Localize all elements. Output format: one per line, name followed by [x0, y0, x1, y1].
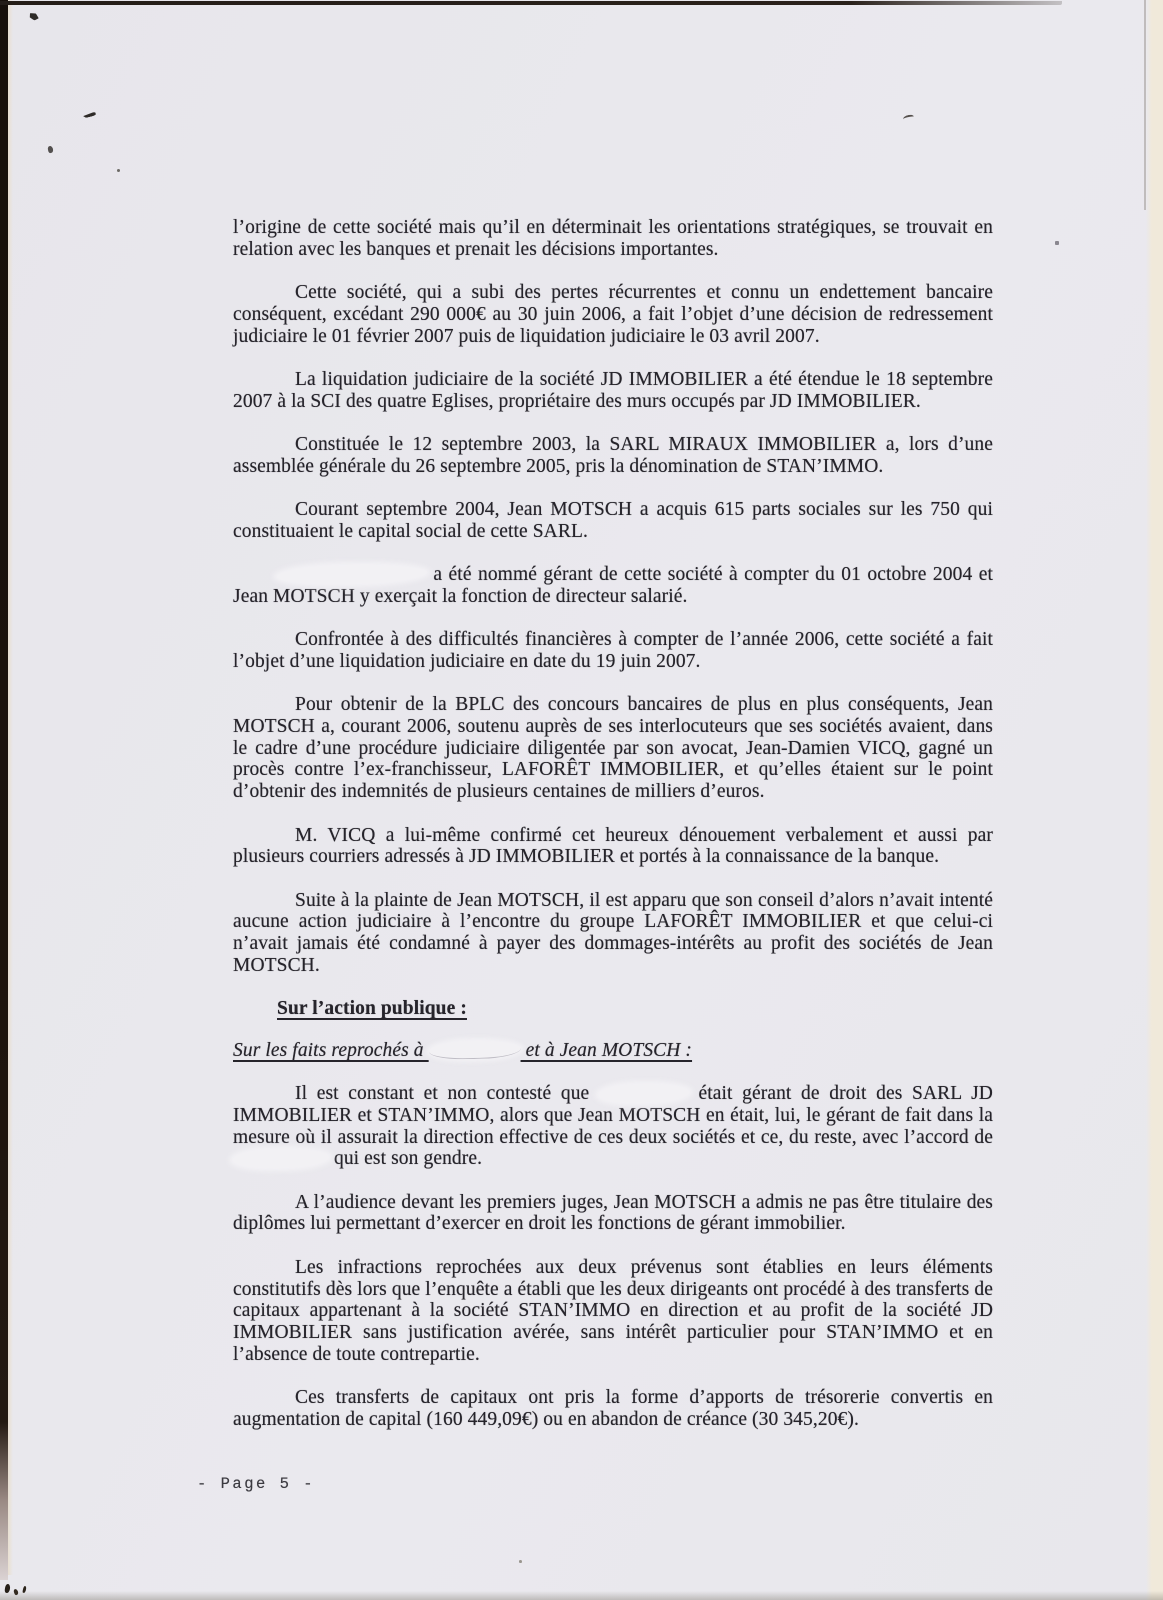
paragraph: M. VICQ a lui-même confirmé cet heureux …: [233, 825, 993, 868]
redaction-whiteout: [277, 565, 427, 585]
text-run: Cette société, qui a subi des pertes réc…: [233, 282, 993, 346]
redaction-whiteout: [233, 1149, 329, 1168]
paragraph: La liquidation judiciaire de la société …: [233, 369, 993, 412]
paragraph: Courant septembre 2004, Jean MOTSCH a ac…: [233, 499, 993, 542]
paragraph: Confrontée à des difficultés financières…: [233, 629, 993, 672]
text-run: Confrontée à des difficultés financières…: [233, 629, 993, 672]
scan-left-edge: [0, 0, 8, 1580]
text-run: Il est constant et non contesté que: [295, 1083, 599, 1104]
paragraph: Pour obtenir de la BPLC des concours ban…: [233, 694, 993, 803]
ink-speck: [28, 11, 40, 21]
text-run: qui est son gendre.: [329, 1148, 482, 1169]
paragraph: A l’audience devant les premiers juges, …: [233, 1192, 993, 1235]
paragraph: Les infractions reprochées aux deux prév…: [233, 1257, 993, 1366]
ink-speck: [1055, 241, 1059, 245]
ink-speck: [83, 111, 97, 118]
text-run: Pour obtenir de la BPLC des concours ban…: [233, 694, 993, 802]
text-run: Courant septembre 2004, Jean MOTSCH a ac…: [233, 499, 993, 542]
scanned-page: { "document": { "kind": "scanned legal j…: [0, 0, 1163, 1600]
scan-fold-line: [1144, 0, 1146, 210]
redaction-whiteout: [428, 1040, 520, 1060]
text-run: A l’audience devant les premiers juges, …: [233, 1192, 993, 1235]
paragraph: a été nommé gérant de cette société à co…: [233, 564, 993, 607]
ink-speck: [519, 1560, 522, 1563]
scan-right-strip: [1146, 0, 1163, 1600]
scan-top-edge: [0, 1, 1062, 5]
ink-speck: [47, 146, 53, 154]
pen-mark: [903, 114, 915, 121]
text-run: Suite à la plainte de Jean MOTSCH, il es…: [233, 890, 993, 976]
scan-bottom-shadow: [0, 1591, 1163, 1600]
paragraph: Ces transferts de capitaux ont pris la f…: [233, 1387, 993, 1430]
page-number: - Page 5 -: [197, 1475, 315, 1493]
paragraph: Constituée le 12 septembre 2003, la SARL…: [233, 434, 993, 477]
text-run: La liquidation judiciaire de la société …: [233, 369, 993, 412]
text-run: et à Jean MOTSCH :: [521, 1040, 692, 1061]
text-run: Ces transferts de capitaux ont pris la f…: [233, 1387, 993, 1430]
paragraph: l’origine de cette société mais qu’il en…: [233, 217, 993, 260]
ink-speck: [117, 169, 120, 172]
text-run: Constituée le 12 septembre 2003, la SARL…: [233, 434, 993, 477]
redaction-whiteout: [599, 1084, 689, 1103]
document-text: l’origine de cette société mais qu’il en…: [233, 217, 993, 1452]
paragraph: Cette société, qui a subi des pertes réc…: [233, 282, 993, 347]
text-run: M. VICQ a lui-même confirmé cet heureux …: [233, 825, 993, 868]
text-run: l’origine de cette société mais qu’il en…: [233, 217, 993, 260]
heading-bold: Sur l’action publique :: [233, 998, 993, 1020]
paragraph: Il est constant et non contesté que étai…: [233, 1083, 993, 1170]
text-run: Les infractions reprochées aux deux prév…: [233, 1257, 993, 1365]
text-run: Sur les faits reprochés à: [233, 1040, 429, 1061]
scan-left-sliver: [8, 0, 13, 1575]
text-run: Sur l’action publique :: [277, 998, 467, 1019]
paragraph: Suite à la plainte de Jean MOTSCH, il es…: [233, 890, 993, 977]
heading-italic: Sur les faits reprochés à et à Jean MOTS…: [233, 1040, 993, 1062]
